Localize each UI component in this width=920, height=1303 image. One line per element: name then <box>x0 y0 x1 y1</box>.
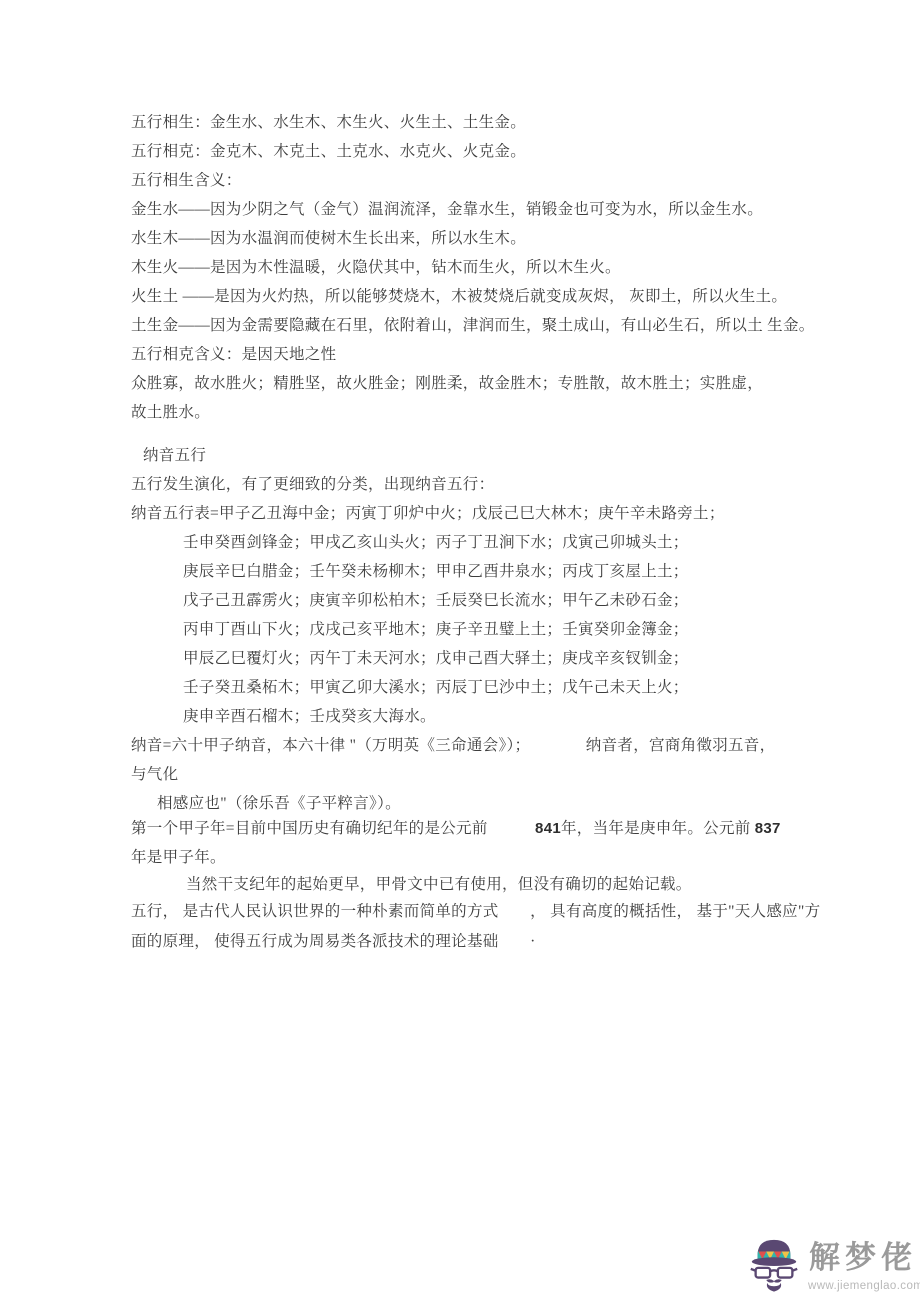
document-line: 纳音五行 <box>131 441 801 470</box>
document-page: 五行相生：金生水、水生木、木生火、火生土、土生金。五行相克：金克木、木克土、土克… <box>0 0 920 1303</box>
document-line: 五行发生演化，有了更细致的分类，出现纳音五行： <box>131 470 801 499</box>
document-line: 五行相克：金克木、木克土、土克水、水克火、火克金。 <box>131 137 801 166</box>
document-line: 五行相克含义：是因天地之性 <box>131 340 801 369</box>
document-line: 水生木——因为水温润而使树木生长出来，所以水生木。 <box>131 224 801 253</box>
document-line: 五行相生：金生水、水生木、木生火、火生土、土生金。 <box>131 108 801 137</box>
document-line: 五行相生含义： <box>131 166 801 195</box>
document-line: 戊子己丑霹雳火；庚寅辛卯松柏木；壬辰癸巳长流水；甲午乙未砂石金； <box>131 586 801 615</box>
document-line: 纳音五行表=甲子乙丑海中金；丙寅丁卯炉中火；戊辰己巳大林木；庚午辛未路旁土； <box>131 499 801 528</box>
document-line: 五行， 是古代人民认识世界的一种朴素而简单的方式 ， 具有高度的概括性， 基于"… <box>131 897 801 926</box>
watermark-logo: 解梦佬 www.jiemenglao.com <box>745 1234 915 1296</box>
document-line: 壬子癸丑桑柘木；甲寅乙卯大溪水；丙辰丁巳沙中土；戊午己未天上火； <box>131 673 801 702</box>
document-line: 壬申癸酉剑锋金；甲戌乙亥山头火；丙子丁丑涧下水；戊寅己卯城头土； <box>131 528 801 557</box>
brand-url: www.jiemenglao.com <box>808 1280 920 1292</box>
document-line: 纳音=六十甲子纳音，本六十律 "（万明英《三命通会》）； 纳音者，宫商角徵羽五音… <box>131 731 801 760</box>
document-line: 金生水——因为少阴之气（金气）温润流泽，金靠水生，销锻金也可变为水，所以金生水。 <box>131 195 801 224</box>
document-content: 五行相生：金生水、水生木、木生火、火生土、土生金。五行相克：金克木、木克土、土克… <box>131 108 801 956</box>
document-line: 庚申辛酉石榴木；壬戌癸亥大海水。 <box>131 702 801 731</box>
document-line: 故土胜水。 <box>131 398 801 427</box>
document-line: 木生火——是因为木性温暖，火隐伏其中，钻木而生火，所以木生火。 <box>131 253 801 282</box>
document-line: 众胜寡，故水胜火；精胜坚，故火胜金；刚胜柔，故金胜木；专胜散，故木胜土；实胜虚， <box>131 369 801 398</box>
brand-name: 解梦佬 <box>809 1240 917 1276</box>
document-line: 第一个甲子年=目前中国历史有确切纪年的是公元前 841年，当年是庚申年。公元前 … <box>131 814 801 843</box>
document-line: 年是甲子年。 <box>131 843 801 872</box>
document-line: 丙申丁酉山下火；戊戌己亥平地木；庚子辛丑璧上土；壬寅癸卯金簿金； <box>131 615 801 644</box>
document-line: 火生土 ——是因为火灼热，所以能够焚烧木，木被焚烧后就变成灰烬， 灰即土，所以火… <box>131 282 801 311</box>
document-line: 庚辰辛巳白腊金；壬午癸未杨柳木；甲申乙酉井泉水；丙戌丁亥屋上土； <box>131 557 801 586</box>
hipster-face-icon <box>745 1236 803 1294</box>
document-line: 当然干支纪年的起始更早，甲骨文中已有使用，但没有确切的起始记载。 <box>131 870 801 899</box>
document-line: 土生金——因为金需要隐藏在石里，依附着山，津润而生，聚土成山，有山必生石，所以土… <box>131 311 801 340</box>
document-line: 甲辰乙巳覆灯火；丙午丁未天河水；戊申己酉大驿土；庚戌辛亥钗钏金； <box>131 644 801 673</box>
document-line: 面的原理， 使得五行成为周易类各派技术的理论基础 · <box>131 927 801 956</box>
document-line: 与气化 <box>131 760 801 789</box>
